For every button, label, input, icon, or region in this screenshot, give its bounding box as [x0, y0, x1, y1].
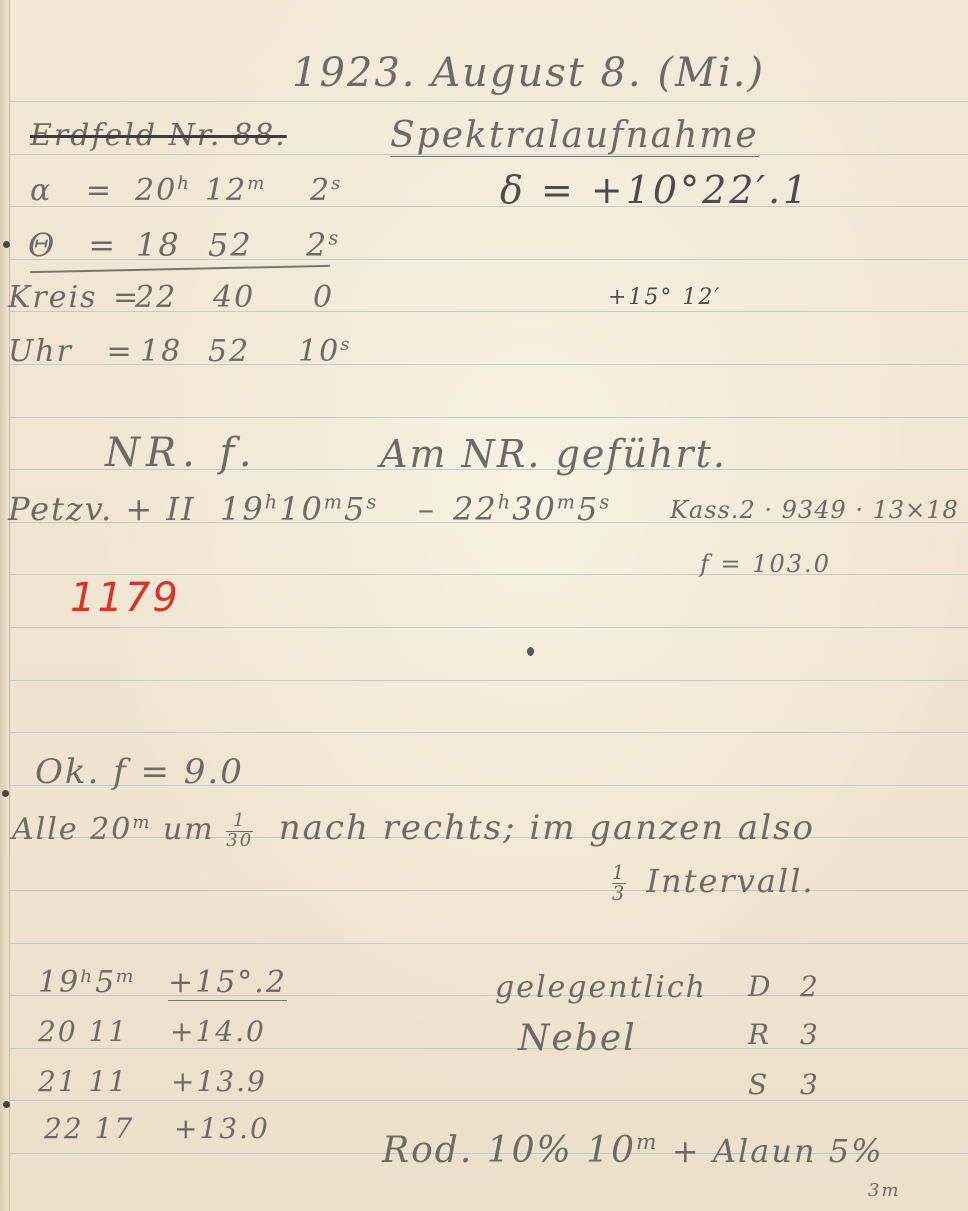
rating-row: S 3 [748, 1068, 769, 1101]
equals-sign: = [86, 173, 113, 208]
drift-note: Alle 20m um 130 nach rechts; im ganzen a… [12, 808, 815, 850]
entry-date: 1923. August 8. (Mi.) [292, 50, 765, 96]
ruled-line [9, 1100, 968, 1101]
ruled-line [9, 995, 968, 996]
fraction-numerator: 1 [612, 863, 626, 884]
instrument-label: Petzv. + II [8, 490, 196, 528]
temp-log-row: 21 11 +13.9 [38, 1065, 128, 1098]
seconds-value: 2 [310, 173, 331, 208]
ruled-line [9, 101, 968, 102]
minutes-value: 52 [208, 334, 250, 369]
plate-holder-info: Kass.2 · 9349 · 13×18 [670, 496, 959, 524]
binding-hole-mark [3, 241, 10, 248]
log-time: 19ʰ5ᵐ [38, 965, 137, 1000]
interval-fraction: 13 [612, 863, 626, 904]
minutes-value: 40 [213, 280, 255, 315]
end-hours: 22 [453, 490, 498, 528]
object-name: NR. f. [105, 430, 258, 476]
ruled-line [9, 943, 968, 944]
exposure-line: Petzv. + II 19h10m5s – 22h30m5s Kass.2 ·… [8, 490, 196, 528]
log-temperature: +13.0 [174, 1112, 270, 1145]
minutes-unit: m [636, 1130, 658, 1155]
exposure-end: 22h30m5s [453, 490, 611, 528]
ruled-line [9, 680, 968, 681]
coord-label: α [30, 173, 52, 208]
hours-value: 18 [140, 334, 182, 369]
temp-log-row: 20 11 +14.0 [38, 1015, 128, 1048]
hours-unit: h [177, 173, 191, 194]
drift-fraction: 130 [226, 812, 253, 851]
log-temperature: +13.9 [171, 1065, 267, 1098]
pencil-dot-mark [527, 647, 534, 656]
developer-info: Rod. 10% 10 [382, 1130, 636, 1171]
rating-value: 3 [800, 1068, 820, 1101]
binding-hole-mark [2, 790, 9, 797]
fixer-info: + Alaun 5% [672, 1132, 884, 1170]
coord-row-theta: Θ = 18 52 2s [28, 226, 117, 264]
development-note: Rod. 10% 10m + Alaun 5% [382, 1130, 883, 1171]
section-title: Spektralaufnahme [390, 115, 759, 157]
log-temperature: +15°.2 [168, 965, 287, 1001]
hours-value: 18 [136, 226, 181, 264]
struck-out-label: Erdfeld Nr. 88. [30, 118, 287, 153]
minutes-unit: m [132, 812, 151, 833]
temp-log-row: 22 17 +13.0 [44, 1112, 134, 1145]
coord-label: Kreis [8, 280, 98, 315]
coord-row-kreis: Kreis = 22 40 0 [8, 280, 140, 315]
coord-seconds: 10s [298, 334, 351, 369]
page-binding-edge [0, 0, 10, 1211]
minutes-unit: m [324, 490, 344, 513]
coord-seconds: 2s [310, 173, 342, 208]
log-time: 21 11 [38, 1065, 128, 1098]
notebook-page: 1923. August 8. (Mi.) Erdfeld Nr. 88. Sp… [0, 0, 968, 1211]
log-time: 20 11 [38, 1015, 128, 1048]
temp-log-row: 19ʰ5ᵐ +15°.2 [38, 965, 137, 1000]
rating-value: 2 [800, 970, 820, 1003]
conditions-note-line2: Nebel [518, 1018, 637, 1059]
coord-hours: 20h [135, 173, 191, 208]
hours-unit: h [265, 490, 279, 513]
log-temperature: +14.0 [170, 1015, 266, 1048]
plate-number-red: 1179 [70, 575, 180, 621]
hours-value: 22 [135, 280, 177, 315]
interval-note: 13 Intervall. [612, 862, 815, 904]
equals-sign: = [88, 226, 117, 264]
alt-declination: +15° 12′ [608, 285, 721, 310]
minutes-unit: m [247, 173, 266, 194]
drift-interval: Alle 20 [12, 812, 132, 847]
rating-row: D 2 [748, 970, 772, 1003]
rating-value: 3 [800, 1018, 820, 1051]
sum-underline [30, 265, 330, 273]
ruled-line [9, 890, 968, 891]
seconds-value: 2 [306, 226, 328, 264]
declination-value: δ = +10°22′.1 [500, 168, 810, 212]
hours-value: 20 [135, 173, 177, 208]
start-seconds: 5 [344, 490, 366, 528]
end-seconds: 5 [577, 490, 599, 528]
seconds-unit: s [328, 226, 340, 249]
equals-sign: = [107, 334, 134, 369]
ruled-line [9, 627, 968, 628]
ruled-line [9, 1048, 968, 1049]
coord-minutes: 12m [205, 173, 266, 208]
seconds-value: 10 [298, 334, 340, 369]
log-time: 22 17 [44, 1112, 134, 1145]
guiding-note: Am NR. geführt. [380, 432, 727, 476]
minutes-unit: m [557, 490, 577, 513]
fixer-duration: 3m [868, 1180, 901, 1201]
drift-direction: nach rechts; im ganzen also [279, 808, 815, 848]
fraction-denominator: 30 [226, 832, 253, 851]
coord-seconds: 2s [306, 226, 340, 264]
hours-unit: h [498, 490, 512, 513]
range-dash: – [418, 490, 436, 528]
rating-row: R 3 [748, 1018, 771, 1051]
ocular-focal: Ok. f = 9.0 [35, 752, 244, 792]
end-minutes: 30 [512, 490, 557, 528]
ruled-line [9, 417, 968, 418]
drift-word: um [163, 812, 215, 847]
focal-length: f = 103.0 [700, 550, 831, 578]
conditions-note-line1: gelegentlich [495, 970, 707, 1005]
ruled-line [9, 732, 968, 733]
fraction-denominator: 3 [612, 884, 626, 904]
coord-row-alpha: α = 20h 12m 2s [30, 173, 113, 208]
start-minutes: 10 [279, 490, 324, 528]
rating-key: D [748, 970, 772, 1003]
seconds-value: 0 [313, 280, 334, 315]
seconds-unit: s [331, 173, 342, 194]
coord-row-uhr: Uhr = 18 52 10s [8, 334, 134, 369]
coord-label: Uhr [8, 334, 73, 369]
rating-key: R [748, 1018, 771, 1051]
seconds-unit: s [599, 490, 611, 513]
coord-label: Θ [28, 226, 56, 264]
start-hours: 19 [220, 490, 265, 528]
minutes-value: 52 [208, 226, 253, 264]
fraction-numerator: 1 [226, 812, 253, 832]
rating-key: S [748, 1068, 769, 1101]
exposure-start: 19h10m5s [220, 490, 378, 528]
binding-hole-mark [3, 1101, 10, 1108]
interval-word: Intervall. [646, 862, 814, 900]
minutes-value: 12 [205, 173, 247, 208]
seconds-unit: s [366, 490, 378, 513]
seconds-unit: s [340, 334, 351, 355]
